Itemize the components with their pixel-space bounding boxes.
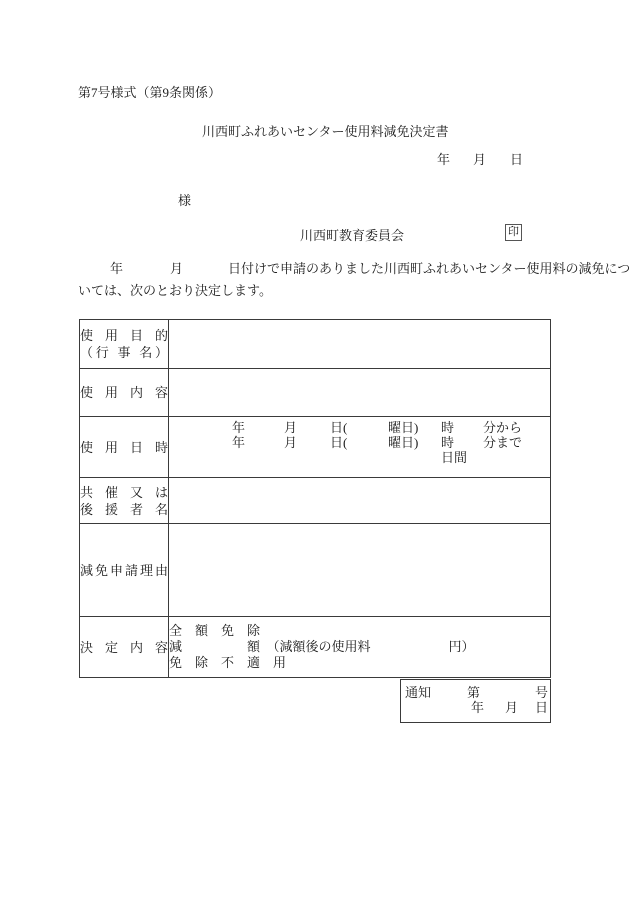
usage-datetime-label-cell: 使 用 日 時 xyxy=(80,417,169,478)
document-title: 川西町ふれあいセンター使用料減免決定書 xyxy=(202,121,448,140)
decision-content-label: 決 定 内 容 xyxy=(80,639,168,656)
notice-number-suffix: 号 xyxy=(535,686,548,700)
end-month-field: 月 xyxy=(284,436,297,450)
usage-purpose-label-line1: 使 用 目 的 xyxy=(80,327,168,344)
exemption-reason-label: 減免申請理由 xyxy=(80,562,168,579)
issue-date-month: 月 xyxy=(473,153,486,167)
document-page: 第7号様式（第9条関係） 川西町ふれあいセンター使用料減免決定書 年 月 日 様… xyxy=(0,0,630,903)
cosponsor-label-line2: 後 援 者 名 xyxy=(80,501,168,518)
issue-date-day: 日 xyxy=(510,153,523,167)
exemption-reason-row: 減免申請理由 xyxy=(80,524,551,617)
notice-number-prefix: 第 xyxy=(467,686,480,700)
end-minute-field: 分まで xyxy=(483,436,522,450)
usage-content-label: 使 用 内 容 xyxy=(80,384,168,401)
decision-content-row: 決 定 内 容 全 額 免 除 減 額 （減額後の使用料 円） 免 除 不 適 … xyxy=(80,617,551,678)
usage-purpose-value-cell xyxy=(169,320,551,369)
end-hour-field: 時 xyxy=(441,436,454,450)
notice-date-year: 年 xyxy=(471,701,484,715)
usage-purpose-label-cell: 使 用 目 的 （行 事 名） xyxy=(80,320,169,369)
intro-line-2: いては、次のとおり決定します。 xyxy=(78,280,562,298)
end-year-field: 年 xyxy=(232,436,245,450)
decision-content-label-cell: 決 定 内 容 xyxy=(80,617,169,678)
usage-purpose-label-line2: （行 事 名） xyxy=(80,344,168,361)
addressee-honorific: 様 xyxy=(178,190,191,209)
cosponsor-label-line1: 共 催 又 は xyxy=(80,484,168,501)
usage-content-label-cell: 使 用 内 容 xyxy=(80,369,169,417)
decision-option-not-applicable: 免 除 不 適 用 xyxy=(169,655,550,671)
decision-table: 使 用 目 的 （行 事 名） 使 用 内 容 使 用 日 時 年 月 日( 曜… xyxy=(79,319,551,678)
issue-date-line: 年 月 日 xyxy=(0,153,630,169)
intro-line-1: 年 月 日付けで申請のありました川西町ふれあいセンター使用料の減免につ xyxy=(78,262,562,280)
end-day-field: 日( xyxy=(330,436,347,450)
total-days-field: 日間 xyxy=(441,451,467,465)
seal-stamp: 印 xyxy=(505,224,522,241)
notice-date-day: 日 xyxy=(535,701,548,715)
usage-content-row: 使 用 内 容 xyxy=(80,369,551,417)
decision-option-reduction: 減 額 （減額後の使用料 円） xyxy=(169,639,550,655)
intro-line-1-text: 日付けで申請のありました川西町ふれあいセンター使用料の減免につ xyxy=(228,262,630,276)
decision-content-value-cell: 全 額 免 除 減 額 （減額後の使用料 円） 免 除 不 適 用 xyxy=(169,617,551,678)
usage-purpose-row: 使 用 目 的 （行 事 名） xyxy=(80,320,551,369)
start-month-field: 月 xyxy=(284,421,297,435)
start-minute-field: 分から xyxy=(483,421,522,435)
issue-date-year: 年 xyxy=(437,153,450,167)
usage-datetime-label: 使 用 日 時 xyxy=(80,439,168,456)
usage-datetime-row: 使 用 日 時 年 月 日( 曜日) 時 分から 年 月 日( 曜日) 時 分ま… xyxy=(80,417,551,478)
exemption-reason-label-cell: 減免申請理由 xyxy=(80,524,169,617)
apply-date-month: 月 xyxy=(170,262,183,276)
usage-content-value-cell xyxy=(169,369,551,417)
cosponsor-value-cell xyxy=(169,478,551,524)
usage-datetime-value-cell: 年 月 日( 曜日) 時 分から 年 月 日( 曜日) 時 分まで 日間 xyxy=(169,417,551,478)
application-intro-paragraph: 年 月 日付けで申請のありました川西町ふれあいセンター使用料の減免につ いては、… xyxy=(78,262,562,298)
decision-option-full-exemption: 全 額 免 除 xyxy=(169,623,550,639)
issuer-name: 川西町教育委員会 xyxy=(300,225,404,244)
start-year-field: 年 xyxy=(232,421,245,435)
notice-number-box: 通知 第 号 年 月 日 xyxy=(400,679,551,723)
form-number: 第7号様式（第9条関係） xyxy=(78,82,221,101)
cosponsor-label-cell: 共 催 又 は 後 援 者 名 xyxy=(80,478,169,524)
start-weekday-field: 曜日) xyxy=(388,421,418,435)
start-day-field: 日( xyxy=(330,421,347,435)
notice-label: 通知 xyxy=(405,686,431,700)
start-hour-field: 時 xyxy=(441,421,454,435)
notice-date-month: 月 xyxy=(505,701,518,715)
exemption-reason-value-cell xyxy=(169,524,551,617)
cosponsor-row: 共 催 又 は 後 援 者 名 xyxy=(80,478,551,524)
apply-date-year: 年 xyxy=(110,262,123,276)
end-weekday-field: 曜日) xyxy=(388,436,418,450)
